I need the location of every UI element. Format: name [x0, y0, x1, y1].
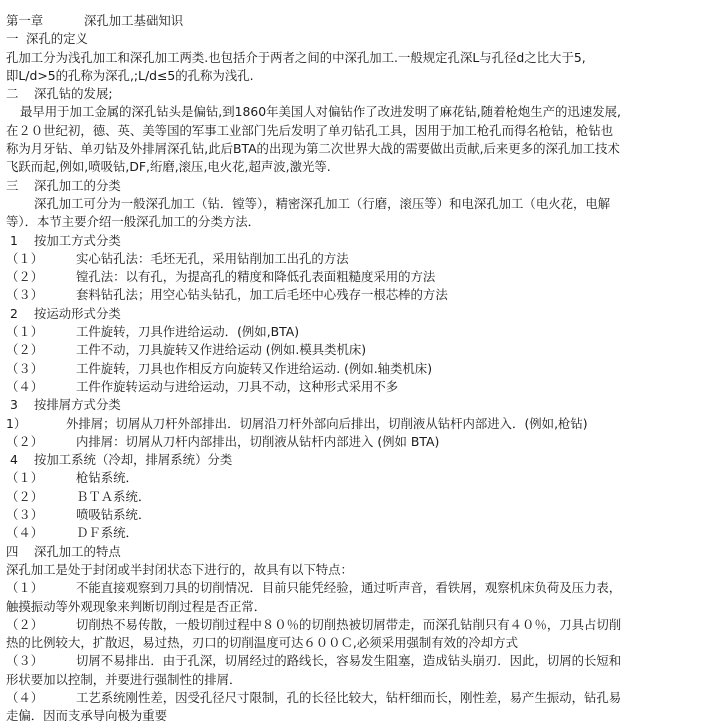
section-title: 深孔的定义 [26, 31, 88, 46]
feature-item-4-cont: 走偏．因而支承导向极为重要 [6, 707, 706, 721]
list-item: （１）实心钻孔法：毛坯无孔，采用钻削加工出孔的方法 [6, 250, 706, 268]
section-4-intro: 深孔加工是处于封闭或半封闭状态下进行的，故具有以下特点： [6, 561, 706, 579]
feature-item-4: （４）工艺系统刚性差，因受孔径尺寸限制，孔的长径比较大，钻杆细而长，刚性差，易产… [6, 689, 706, 707]
item-text: 套料钻孔法；用空心钻头钻孔，加工后毛坯中心残存一根芯棒的方法 [76, 287, 448, 302]
subsection-number: 2 [6, 305, 34, 323]
item-text: 镗孔法：以有孔，为提高孔的精度和降低孔表面粗糙度采用的方法 [76, 269, 435, 284]
subsection-heading-2: 2按运动形式分类 [6, 305, 706, 323]
subsection-title: 按加工方式分类 [34, 233, 121, 248]
item-label: （１） [6, 323, 76, 341]
item-label: （２） [6, 268, 76, 286]
section-heading-2: 二深孔钻的发展; [6, 85, 706, 103]
subsection-number: 3 [6, 396, 34, 414]
list-item: （１）工件旋转，刀具作进给运动．(例如,BTA) [6, 323, 706, 341]
item-label: （３） [6, 360, 76, 378]
section-title: 深孔加工的分类 [34, 178, 121, 193]
item-label: （１） [6, 579, 76, 597]
section-2-text-line-2: 在２０世纪初，德、英、美等国的军事工业部门先后发明了单刃钻孔工具，因用于加工枪孔… [6, 122, 706, 140]
item-text: 实心钻孔法：毛坯无孔，采用钻削加工出孔的方法 [76, 251, 349, 266]
section-number: 四 [6, 543, 34, 561]
item-label: （１） [6, 469, 76, 487]
feature-item-1: （１）不能直接观察到刀具的切削情况．目前只能凭经验，通过听声音，看铁屑，观察机床… [6, 579, 706, 597]
subsection-title: 按加工系统（冷却，排屑系统）分类 [34, 452, 232, 467]
section-number: 一 [6, 30, 26, 48]
section-heading-1: 一深孔的定义 [6, 30, 706, 48]
list-item: （２）镗孔法：以有孔，为提高孔的精度和降低孔表面粗糙度采用的方法 [6, 268, 706, 286]
section-2-text-line-3: 称为月牙钻、单刃钻及外排屑深孔钻,此后BTA的出现为第二次世界大战的需要做出贡献… [6, 140, 706, 158]
item-text: 切削热不易传散，一般切削过程中８０％的切削热被切屑带走，而深孔钻削只有４０％，刀… [76, 617, 621, 632]
item-text: ＤＦ系统． [76, 525, 138, 540]
section-number: 三 [6, 177, 34, 195]
subsection-title: 按排屑方式分类 [34, 397, 121, 412]
feature-item-2: （２）切削热不易传散，一般切削过程中８０％的切削热被切屑带走，而深孔钻削只有４０… [6, 616, 706, 634]
item-label: （３） [6, 506, 76, 524]
item-text: 工件不动，刀具旋转又作进给运动 (例如.模具类机床) [76, 342, 366, 357]
item-text: 外排屑；切屑从刀杆外部排出．切屑沿刀杆外部向后排出，切削液从钻杆内部进入．(例如… [66, 416, 588, 431]
item-label: （１） [6, 250, 76, 268]
subsection-heading-3: 3按排屑方式分类 [6, 396, 706, 414]
feature-item-3: （３）切屑不易排出．由于孔深，切屑经过的路线长，容易发生阻塞，造成钻头崩刃．因此… [6, 652, 706, 670]
list-item: （３）工件旋转，刀具也作相反方向旋转又作进给运动. (例如.轴类机床) [6, 360, 706, 378]
section-1-text-line-2: 即L/d>5的孔称为深孔,;L/d≤5的孔称为浅孔. [6, 67, 706, 85]
item-label: （２） [6, 341, 76, 359]
item-text: 工件旋转，刀具也作相反方向旋转又作进给运动. (例如.轴类机床) [76, 361, 432, 376]
subsection-title: 按运动形式分类 [34, 306, 121, 321]
subsection-heading-4: 4按加工系统（冷却，排屑系统）分类 [6, 451, 706, 469]
item-label: （２） [6, 433, 76, 451]
list-item: 1）外排屑；切屑从刀杆外部排出．切屑沿刀杆外部向后排出，切削液从钻杆内部进入．(… [6, 415, 706, 433]
item-text: 内排屑：切屑从刀杆内部排出，切削液从钻杆内部进入 (例如 BTA) [76, 434, 439, 449]
item-label: （４） [6, 689, 76, 707]
item-text: 工件作旋转运动与进给运动，刀具不动，这种形式采用不多 [76, 379, 398, 394]
section-title: 深孔加工的特点 [34, 544, 121, 559]
list-item: （２）ＢＴＡ系统． [6, 488, 706, 506]
section-3-text-line-1: 深孔加工可分为一般深孔加工（钻．镗等），精密深孔加工（行磨，滚压等）和电深孔加工… [6, 195, 706, 213]
chapter-label: 第一章 [6, 12, 84, 30]
item-text: ＢＴＡ系统． [76, 489, 150, 504]
section-title: 深孔钻的发展; [34, 86, 113, 101]
item-label: （４） [6, 524, 76, 542]
section-1-text-line-1: 孔加工分为浅孔加工和深孔加工两类.也包括介于两者之间的中深孔加工.一般规定孔深L… [6, 49, 706, 67]
item-label: （３） [6, 652, 76, 670]
item-label: （２） [6, 616, 76, 634]
item-text: 不能直接观察到刀具的切削情况．目前只能凭经验，通过听声音，看铁屑，观察机床负荷及… [76, 580, 621, 595]
document-body: 第一章深孔加工基础知识 一深孔的定义 孔加工分为浅孔加工和深孔加工两类.也包括介… [0, 0, 706, 721]
list-item: （２）工件不动，刀具旋转又作进给运动 (例如.模具类机床) [6, 341, 706, 359]
list-item: （３）套料钻孔法；用空心钻头钻孔，加工后毛坯中心残存一根芯棒的方法 [6, 286, 706, 304]
subsection-number: 4 [6, 451, 34, 469]
subsection-number: 1 [6, 232, 34, 250]
item-label: （２） [6, 488, 76, 506]
list-item: （２）内排屑：切屑从刀杆内部排出，切削液从钻杆内部进入 (例如 BTA) [6, 433, 706, 451]
feature-item-3-cont: 形状要加以控制，并要进行强制性的排屑． [6, 671, 706, 689]
item-text: 枪钻系统． [76, 470, 138, 485]
feature-item-2-cont: 热的比例较大，扩散迟，易过热，刃口的切削温度可达６００Ｃ,必须采用强制有效的冷却… [6, 634, 706, 652]
chapter-title: 深孔加工基础知识 [84, 13, 183, 28]
section-2-text-line-1: 最早用于加工金属的深孔钻头是偏钻,到1860年美国人对偏钻作了改进发明了麻花钻,… [6, 103, 706, 121]
feature-item-1-cont: 触摸振动等外观现象来判断切削过程是否正常． [6, 598, 706, 616]
item-label: 1） [6, 415, 66, 433]
item-text: 喷吸钻系统． [76, 507, 150, 522]
list-item: （４）ＤＦ系统． [6, 524, 706, 542]
item-text: 工艺系统刚性差，因受孔径尺寸限制，孔的长径比较大，钻杆细而长，刚性差，易产生振动… [76, 690, 621, 705]
section-heading-3: 三深孔加工的分类 [6, 177, 706, 195]
item-text: 切屑不易排出．由于孔深，切屑经过的路线长，容易发生阻塞，造成钻头崩刃．因此，切屑… [76, 653, 621, 668]
section-2-text-line-4: 飞跃而起,例如,喷吸钻,DF,绗磨,滚压,电火花,超声波,激光等. [6, 158, 706, 176]
item-label: （４） [6, 378, 76, 396]
chapter-heading: 第一章深孔加工基础知识 [6, 12, 706, 30]
list-item: （４）工件作旋转运动与进给运动，刀具不动，这种形式采用不多 [6, 378, 706, 396]
item-label: （３） [6, 286, 76, 304]
item-text: 工件旋转，刀具作进给运动．(例如,BTA) [76, 324, 299, 339]
subsection-heading-1: 1按加工方式分类 [6, 232, 706, 250]
list-item: （３）喷吸钻系统． [6, 506, 706, 524]
section-3-text-line-2: 等）．本节主要介绍一般深孔加工的分类方法． [6, 213, 706, 231]
list-item: （１）枪钻系统． [6, 469, 706, 487]
section-heading-4: 四深孔加工的特点 [6, 543, 706, 561]
section-number: 二 [6, 85, 34, 103]
